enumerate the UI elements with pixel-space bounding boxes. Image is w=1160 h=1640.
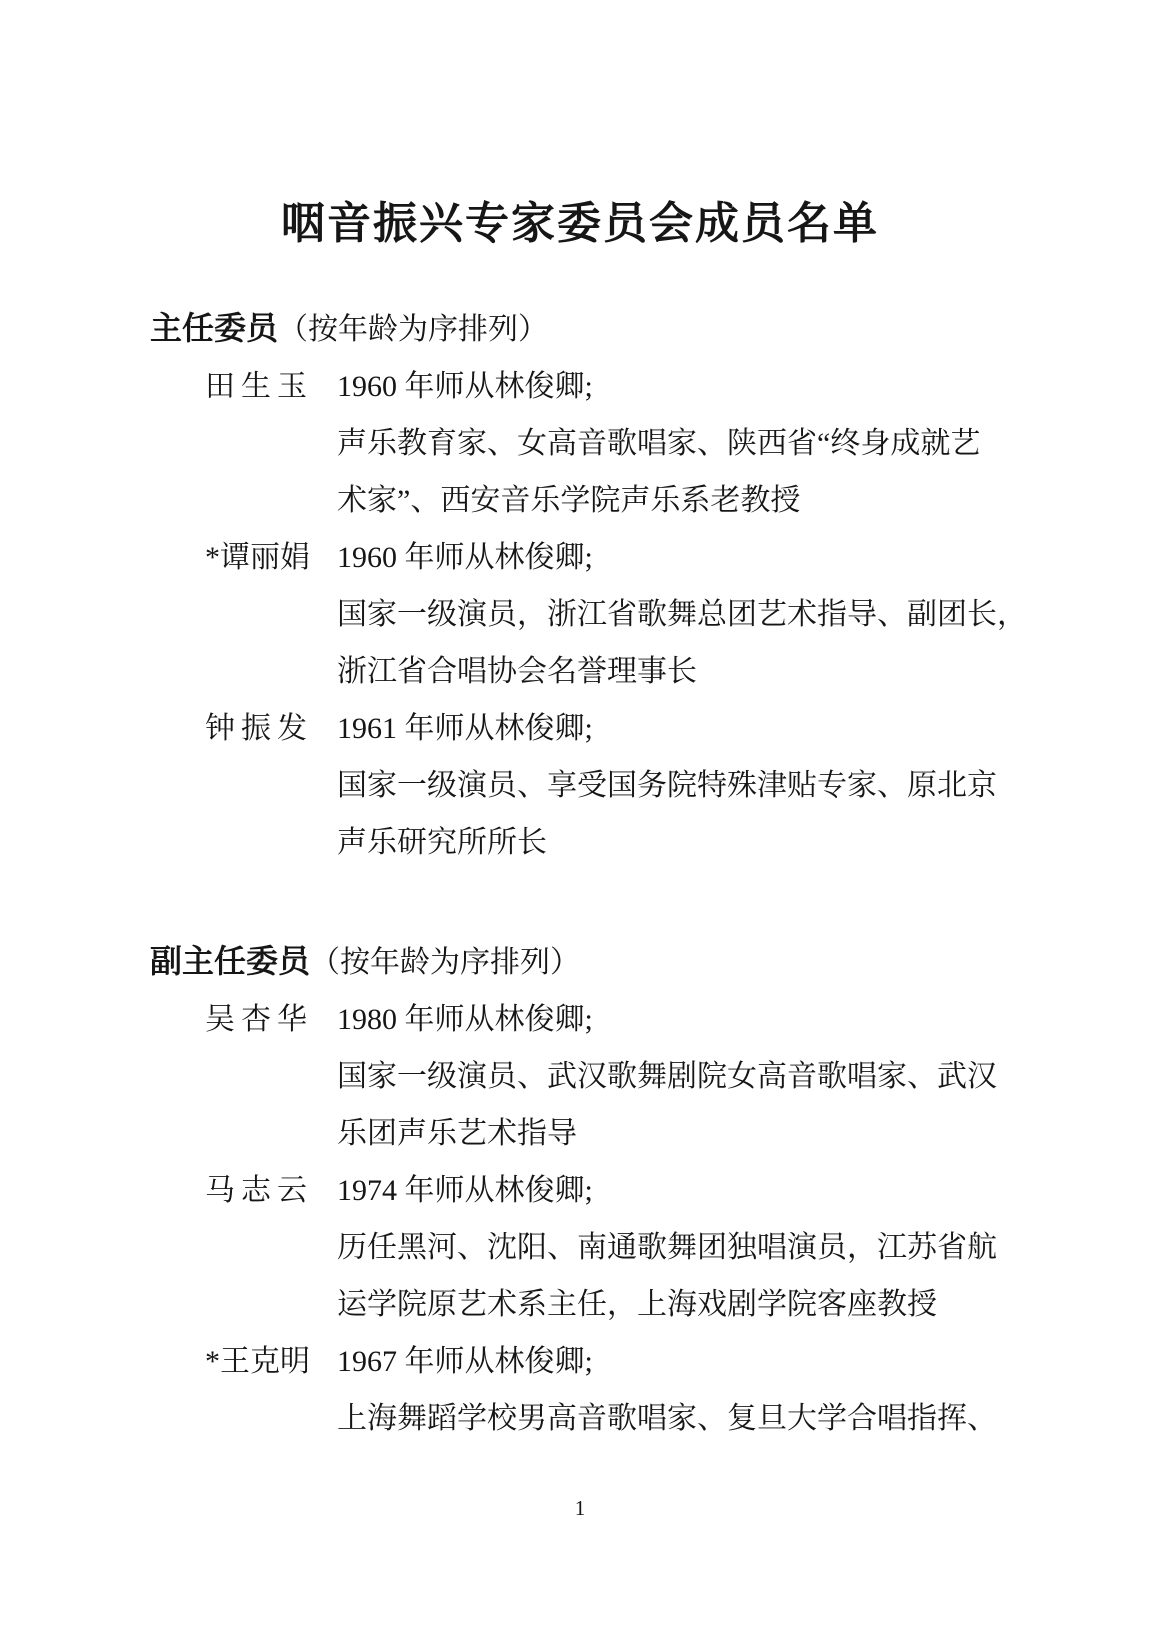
document-body: 主任委员（按年龄为序排列） 田生玉 1960 年师从林俊卿; 声乐教育家、女高音… (150, 300, 1050, 1447)
member-detail-line: 历任黑河、沈阳、南通歌舞团独唱演员，江苏省航 (150, 1219, 1050, 1276)
member-detail-line: 国家一级演员、武汉歌舞剧院女高音歌唱家、武汉 (150, 1048, 1050, 1105)
member-detail-line: 国家一级演员，浙江省歌舞总团艺术指导、副团长， (150, 586, 1050, 643)
member-name: 田生玉 (205, 358, 337, 415)
document-page: 咽音振兴专家委员会成员名单 主任委员（按年龄为序排列） 田生玉 1960 年师从… (0, 0, 1160, 1640)
member-entry: 马志云 1974 年师从林俊卿; 历任黑河、沈阳、南通歌舞团独唱演员，江苏省航 … (150, 1162, 1050, 1333)
member-entry: 钟振发 1961 年师从林俊卿; 国家一级演员、享受国务院特殊津贴专家、原北京 … (150, 700, 1050, 871)
member-name: 吴杏华 (205, 991, 337, 1048)
member-name: 马志云 (205, 1162, 337, 1219)
section-heading: 主任委员 (150, 310, 278, 346)
section-heading-note: （按年龄为序排列） (278, 313, 548, 346)
member-name: 钟振发 (205, 700, 337, 757)
member-year-line: 1980 年师从林俊卿; (337, 991, 593, 1048)
member-entry: 田生玉 1960 年师从林俊卿; 声乐教育家、女高音歌唱家、陕西省“终身成就艺 … (150, 358, 1050, 529)
section-heading-note: （按年龄为序排列） (310, 946, 580, 979)
section-header-vice-chairmen: 副主任委员（按年龄为序排列） (150, 933, 1050, 991)
member-year-line: 1967 年师从林俊卿; (337, 1333, 593, 1390)
document-title: 咽音振兴专家委员会成员名单 (0, 196, 1160, 252)
member-year-line: 1960 年师从林俊卿; (337, 358, 593, 415)
member-entry: *谭丽娟 1960 年师从林俊卿; 国家一级演员，浙江省歌舞总团艺术指导、副团长… (150, 529, 1050, 700)
member-first-line: 钟振发 1961 年师从林俊卿; (150, 700, 1050, 757)
member-detail-line: 乐团声乐艺术指导 (150, 1105, 1050, 1162)
member-name: *谭丽娟 (205, 529, 337, 586)
member-first-line: 吴杏华 1980 年师从林俊卿; (150, 991, 1050, 1048)
member-first-line: *谭丽娟 1960 年师从林俊卿; (150, 529, 1050, 586)
member-detail-line: 声乐研究所所长 (150, 814, 1050, 871)
section-header-chairmen: 主任委员（按年龄为序排列） (150, 300, 1050, 358)
member-year-line: 1974 年师从林俊卿; (337, 1162, 593, 1219)
member-first-line: 马志云 1974 年师从林俊卿; (150, 1162, 1050, 1219)
member-year-line: 1961 年师从林俊卿; (337, 700, 593, 757)
page-number: 1 (0, 1496, 1160, 1520)
member-detail-line: 上海舞蹈学校男高音歌唱家、复旦大学合唱指挥、 (150, 1390, 1050, 1447)
member-entry: 吴杏华 1980 年师从林俊卿; 国家一级演员、武汉歌舞剧院女高音歌唱家、武汉 … (150, 991, 1050, 1162)
member-detail-line: 国家一级演员、享受国务院特殊津贴专家、原北京 (150, 757, 1050, 814)
member-year-line: 1960 年师从林俊卿; (337, 529, 593, 586)
member-first-line: *王克明 1967 年师从林俊卿; (150, 1333, 1050, 1390)
member-detail-line: 浙江省合唱协会名誉理事长 (150, 643, 1050, 700)
member-entry: *王克明 1967 年师从林俊卿; 上海舞蹈学校男高音歌唱家、复旦大学合唱指挥、 (150, 1333, 1050, 1447)
section-heading: 副主任委员 (150, 943, 310, 979)
member-detail-line: 术家”、西安音乐学院声乐系老教授 (150, 472, 1050, 529)
member-first-line: 田生玉 1960 年师从林俊卿; (150, 358, 1050, 415)
member-detail-line: 运学院原艺术系主任，上海戏剧学院客座教授 (150, 1276, 1050, 1333)
member-detail-line: 声乐教育家、女高音歌唱家、陕西省“终身成就艺 (150, 415, 1050, 472)
member-name: *王克明 (205, 1333, 337, 1390)
